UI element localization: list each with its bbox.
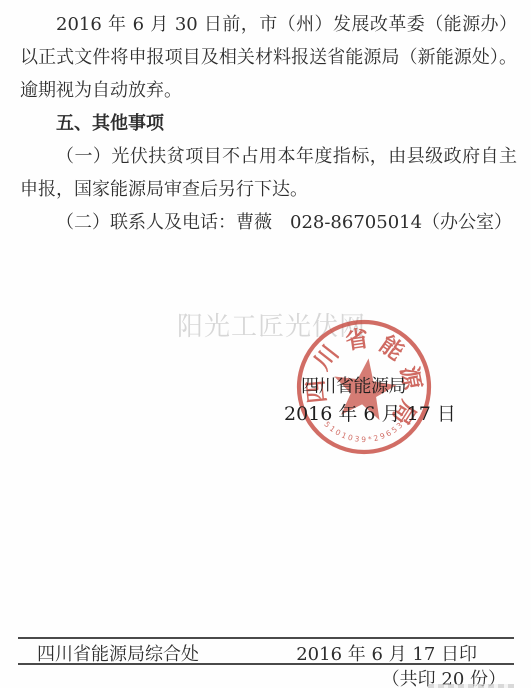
section-heading: 五、其他事项 xyxy=(20,107,517,140)
issue-date: 2016 年 6 月 17 日 xyxy=(284,399,456,426)
footer-divider-top xyxy=(18,637,514,639)
document-body: 2016 年 6 月 30 日前，市（州）发展改革委（能源办）以正式文件将申报项… xyxy=(20,8,517,239)
scan-artifact-smudge xyxy=(428,684,514,688)
scanned-document-page: 2016 年 6 月 30 日前，市（州）发展改革委（能源办）以正式文件将申报项… xyxy=(0,0,531,688)
issuer-name: 四川省能源局 xyxy=(301,372,406,398)
paragraph-item-2: （二）联系人及电话：曹薇 028-86705014（办公室） xyxy=(20,206,517,239)
paragraph-deadline: 2016 年 6 月 30 日前，市（州）发展改革委（能源办）以正式文件将申报项… xyxy=(20,8,517,107)
paragraph-item-1: （一）光伏扶贫项目不占用本年度指标，由县级政府自主申报，国家能源局审查后另行下达… xyxy=(20,140,517,206)
